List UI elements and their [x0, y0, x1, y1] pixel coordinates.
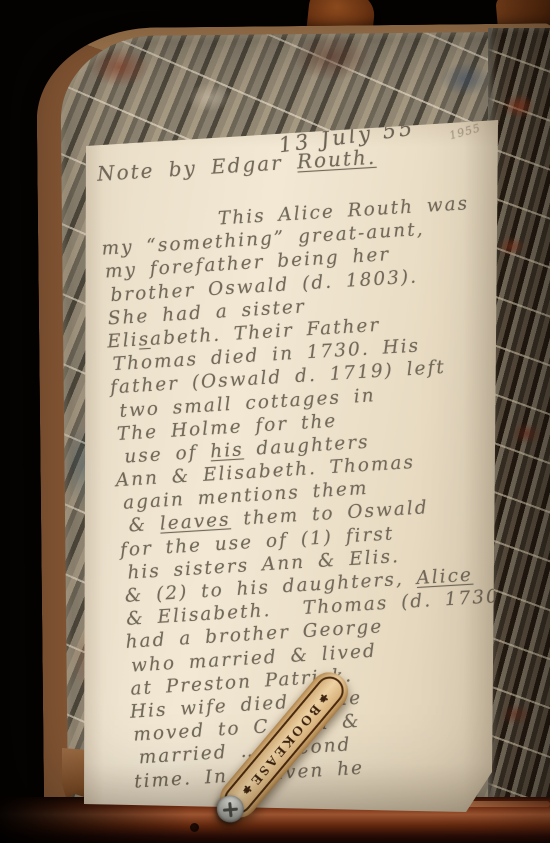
note-line-segment: leaves [159, 510, 231, 535]
rail-screw-hole [190, 823, 199, 832]
note-line-segment: Eli [107, 330, 140, 353]
note-heading-underlined: Routh. [296, 145, 377, 174]
note-line-segment: his [210, 439, 245, 462]
photo-of-open-book: 13 July 55 1955 Note by Edgar Routh. Thi… [0, 0, 550, 843]
note-line-segment: & [128, 514, 161, 537]
note-year-annotation: 1955 [448, 121, 482, 142]
note-heading-text: Note by Edgar [96, 150, 297, 186]
note-line-segment: Alice [416, 565, 474, 589]
note-heading: Note by Edgar Routh. [96, 145, 376, 186]
